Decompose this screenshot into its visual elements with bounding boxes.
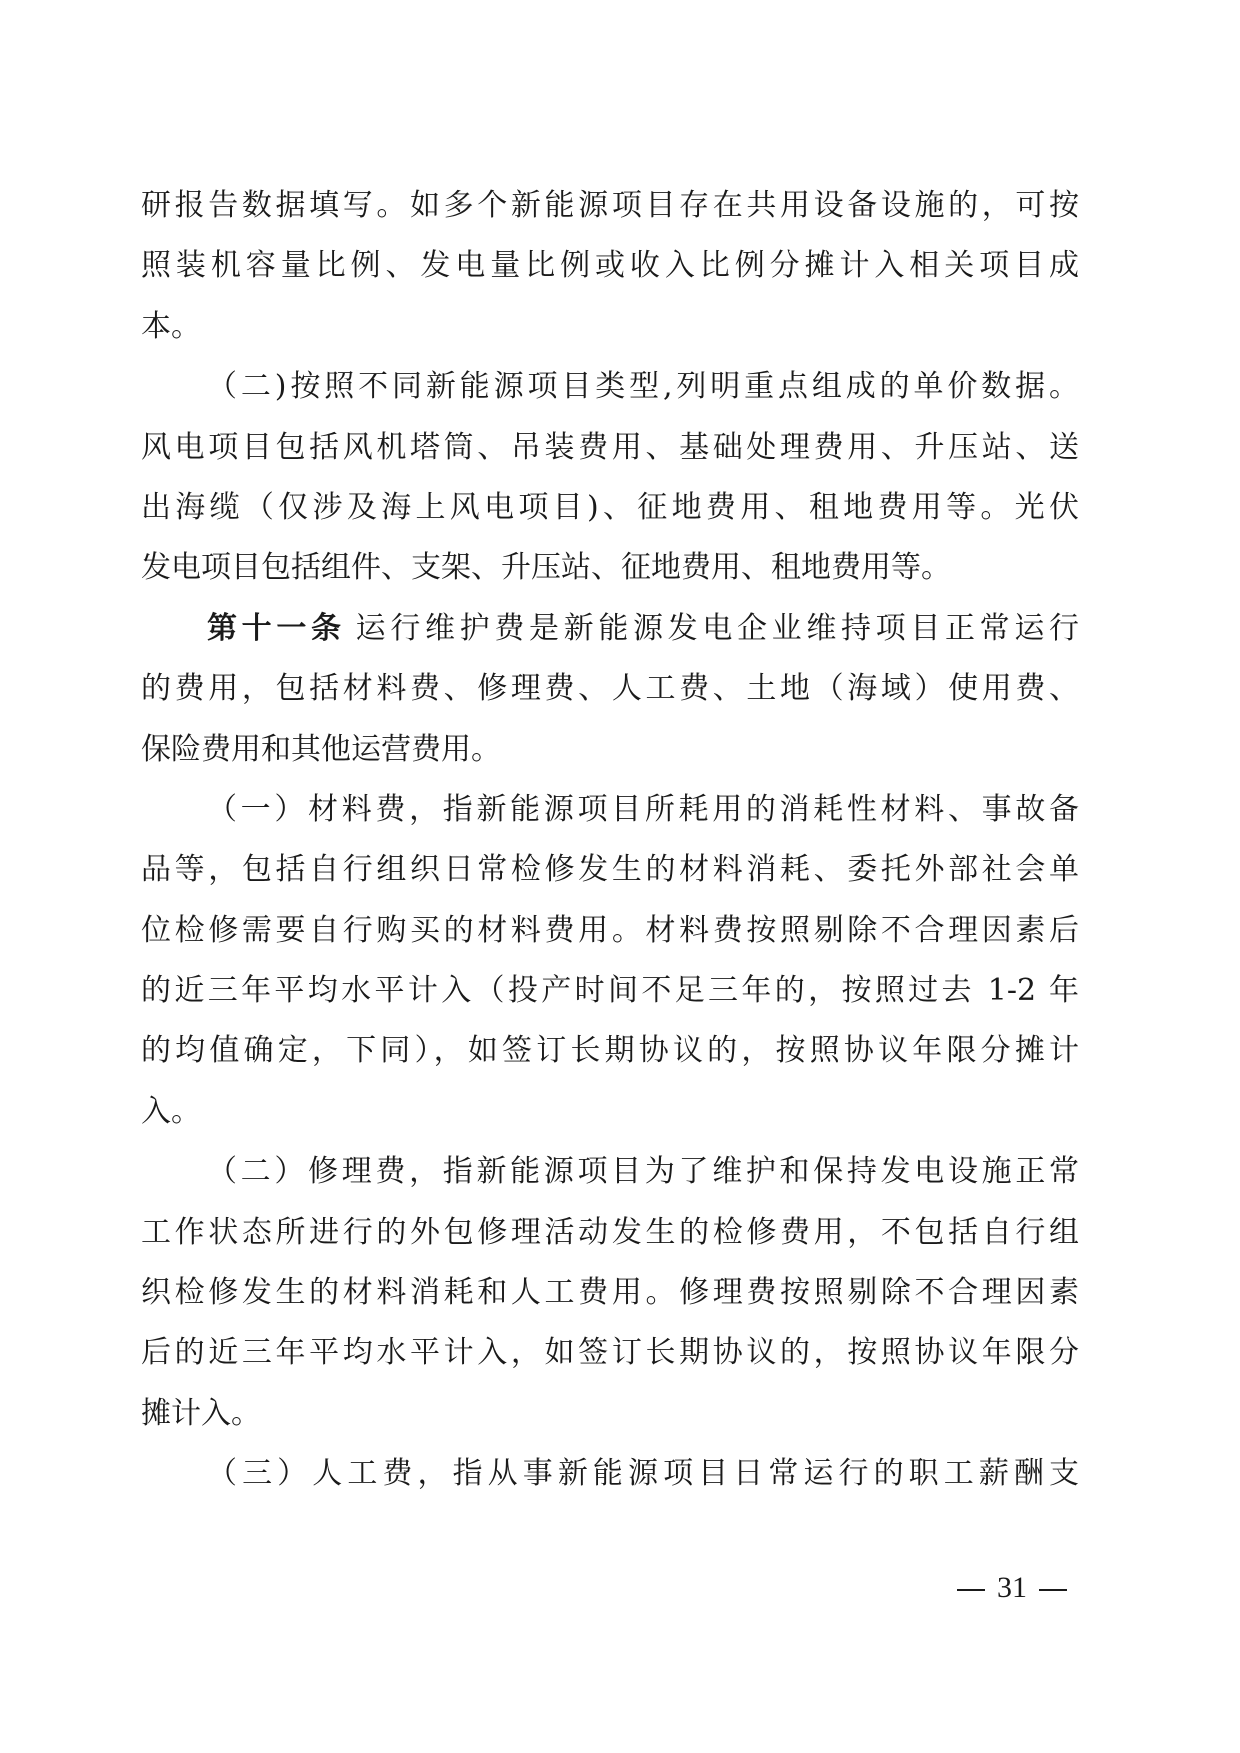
body-text: 研报告数据填写。如多个新能源项目存在共用设备设施的，可按 照装机容量比例、发电量…	[141, 176, 1079, 1505]
text-line: （一）材料费，指新能源项目所耗用的消耗性材料、事故备	[141, 780, 1079, 840]
text-line: 出海缆（仅涉及海上风电项目)、征地费用、租地费用等。光伏	[141, 478, 1079, 538]
text-line: （三）人工费，指从事新能源项目日常运行的职工薪酬支	[141, 1444, 1079, 1504]
text-line: 摊计入。	[141, 1384, 1079, 1444]
text-line: 工作状态所进行的外包修理活动发生的检修费用，不包括自行组	[141, 1203, 1079, 1263]
text-line: 风电项目包括风机塔筒、吊装费用、基础处理费用、升压站、送	[141, 418, 1079, 478]
dash-right	[1039, 1589, 1067, 1591]
text-line: 研报告数据填写。如多个新能源项目存在共用设备设施的，可按	[141, 176, 1079, 236]
text-line: 照装机容量比例、发电量比例或收入比例分摊计入相关项目成	[141, 236, 1079, 296]
text-line: 品等，包括自行组织日常检修发生的材料消耗、委托外部社会单	[141, 840, 1079, 900]
article-eleven-line: 第十一条运行维护费是新能源发电企业维持项目正常运行	[141, 599, 1079, 659]
page-number-value: 31	[997, 1571, 1027, 1604]
text-line: 位检修需要自行购买的材料费用。材料费按照剔除不合理因素后	[141, 901, 1079, 961]
text-line: 入。	[141, 1082, 1079, 1142]
document-page: 研报告数据填写。如多个新能源项目存在共用设备设施的，可按 照装机容量比例、发电量…	[0, 0, 1240, 1753]
text-line: 后的近三年平均水平计入，如签订长期协议的，按照协议年限分	[141, 1323, 1079, 1383]
dash-left	[957, 1589, 985, 1591]
text-line: 的均值确定，下同），如签订长期协议的，按照协议年限分摊计	[141, 1021, 1079, 1081]
text-line: 发电项目包括组件、支架、升压站、征地费用、租地费用等。	[141, 538, 1079, 598]
article-heading: 第十一条	[207, 611, 346, 646]
text-line: 织检修发生的材料消耗和人工费用。修理费按照剔除不合理因素	[141, 1263, 1079, 1323]
page-number: 31	[945, 1571, 1079, 1605]
text-line: 的费用，包括材料费、修理费、人工费、土地（海域）使用费、	[141, 659, 1079, 719]
text-line: 本。	[141, 297, 1079, 357]
text-line: 的近三年平均水平计入（投产时间不足三年的，按照过去 1-2 年	[141, 961, 1079, 1021]
text-line: 保险费用和其他运营费用。	[141, 720, 1079, 780]
text-line: （二）修理费，指新能源项目为了维护和保持发电设施正常	[141, 1142, 1079, 1202]
text-line: （二)按照不同新能源项目类型,列明重点组成的单价数据。	[141, 357, 1079, 417]
article-text: 运行维护费是新能源发电企业维持项目正常运行	[356, 611, 1079, 646]
